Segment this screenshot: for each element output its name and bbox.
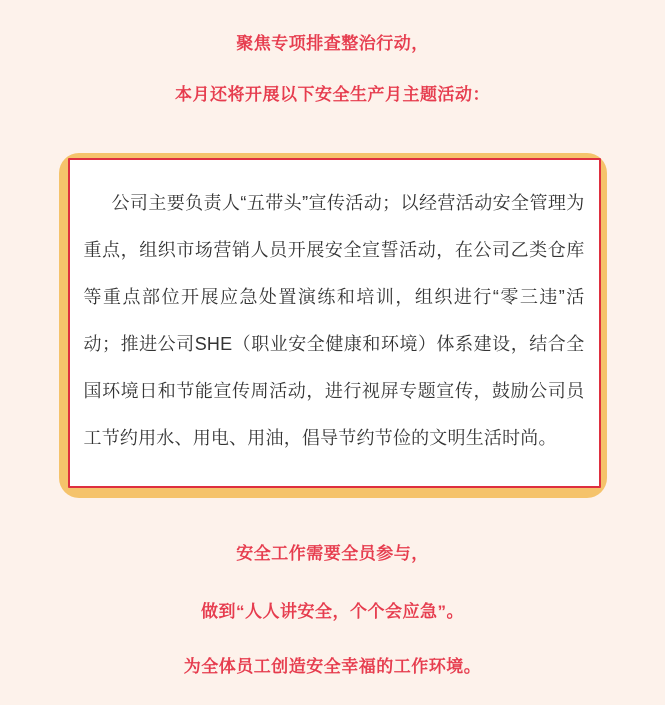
outro-slogan-line-3: 为全体员工创造安全幸福的工作环境。 — [0, 655, 665, 679]
highlight-box: 公司主要负责人“五带头”宣传活动；以经营活动安全管理为重点，组织市场营销人员开展… — [68, 158, 601, 488]
outro-slogan-line-2: 做到“人人讲安全，个个会应急”。 — [0, 600, 665, 624]
intro-heading-line-1: 聚焦专项排查整治行动， — [0, 32, 665, 56]
article-page: { "colors": { "page_background": "#fdf2e… — [0, 0, 665, 705]
highlight-box-backdrop: 公司主要负责人“五带头”宣传活动；以经营活动安全管理为重点，组织市场营销人员开展… — [59, 153, 607, 498]
activities-paragraph: 公司主要负责人“五带头”宣传活动；以经营活动安全管理为重点，组织市场营销人员开展… — [84, 180, 585, 462]
outro-slogan-line-1: 安全工作需要全员参与， — [0, 542, 665, 566]
intro-heading-line-2: 本月还将开展以下安全生产月主题活动： — [0, 83, 665, 107]
